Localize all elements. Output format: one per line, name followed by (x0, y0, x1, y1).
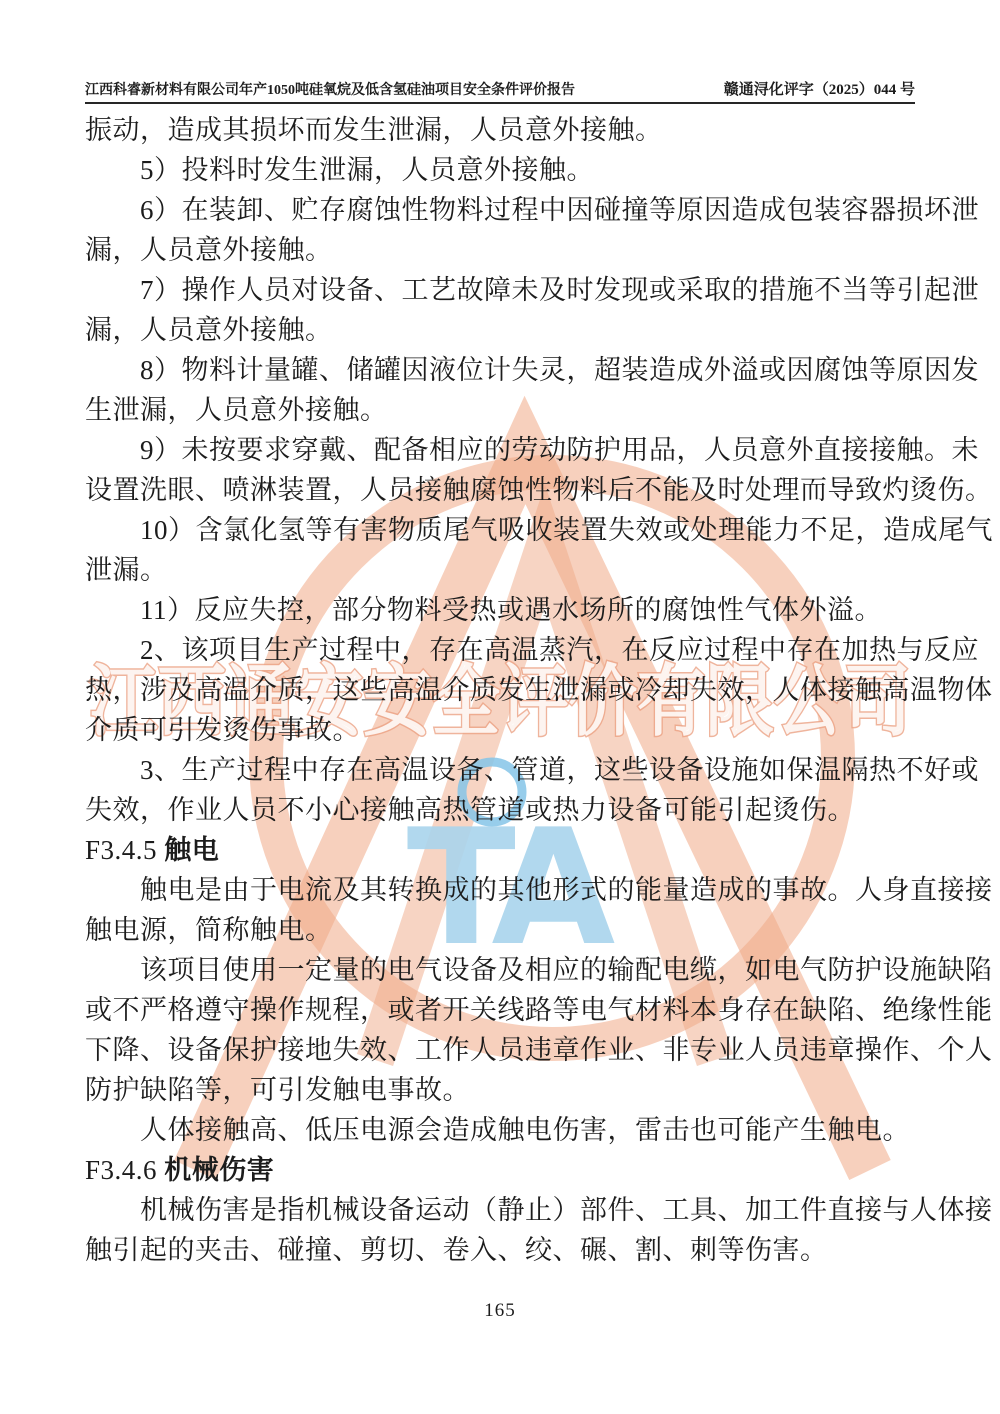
body-line: 2、该项目生产过程中，存在高温蒸汽，在反应过程中存在加热与反应 (85, 630, 921, 670)
body-line: 触引起的夹击、碰撞、剪切、卷入、绞、碾、割、刺等伤害。 (85, 1230, 921, 1270)
body-line: 6）在装卸、贮存腐蚀性物料过程中因碰撞等原因造成包装容器损坏泄 (85, 190, 921, 230)
page-number: 165 (484, 1300, 516, 1321)
body-line: 下降、设备保护接地失效、工作人员违章作业、非专业人员违章操作、个人 (85, 1030, 921, 1070)
body-line: 生泄漏，人员意外接触。 (85, 390, 921, 430)
document-page: TA 江西通安安全评价有限公司 江西科睿新材料有限公司年产1050吨硅氧烷及低含… (0, 0, 1000, 1414)
body-line: 11）反应失控，部分物料受热或遇水场所的腐蚀性气体外溢。 (85, 590, 921, 630)
body-line: 该项目使用一定量的电气设备及相应的输配电缆，如电气防护设施缺陷 (85, 950, 921, 990)
header-document-number: 赣通浔化评字（2025）044 号 (724, 78, 915, 99)
page-footer: 165 (0, 1300, 1000, 1322)
page-content: 江西科睿新材料有限公司年产1050吨硅氧烷及低含氢硅油项目安全条件评价报告 赣通… (0, 0, 1000, 1414)
section-number: F3.4.5 (85, 835, 157, 865)
page-header: 江西科睿新材料有限公司年产1050吨硅氧烷及低含氢硅油项目安全条件评价报告 赣通… (85, 78, 915, 104)
body-line: 10）含氯化氢等有害物质尾气吸收装置失效或处理能力不足，造成尾气 (85, 510, 921, 550)
section-title: 触电 (164, 835, 219, 865)
body-line: 热，涉及高温介质，这些高温介质发生泄漏或冷却失效，人体接触高温物体 (85, 670, 921, 710)
body-line: 触电源，简称触电。 (85, 910, 921, 950)
body-line: 9）未按要求穿戴、配备相应的劳动防护用品，人员意外直接接触。未 (85, 430, 921, 470)
body-line: 介质可引发烫伤事故。 (85, 710, 921, 750)
body-line: 防护缺陷等，可引发触电事故。 (85, 1070, 921, 1110)
body-line: 触电是由于电流及其转换成的其他形式的能量造成的事故。人身直接接 (85, 870, 921, 910)
body-line: 漏，人员意外接触。 (85, 230, 921, 270)
body-line: 8）物料计量罐、储罐因液位计失灵，超装造成外溢或因腐蚀等原因发 (85, 350, 921, 390)
body-line: 漏，人员意外接触。 (85, 310, 921, 350)
body-line: 或不严格遵守操作规程，或者开关线路等电气材料本身存在缺陷、绝缘性能 (85, 990, 921, 1030)
body-line: 失效，作业人员不小心接触高热管道或热力设备可能引起烫伤。 (85, 790, 921, 830)
section-number: F3.4.6 (85, 1155, 157, 1185)
body-line: 7）操作人员对设备、工艺故障未及时发现或采取的措施不当等引起泄 (85, 270, 921, 310)
body-line: 人体接触高、低压电源会造成触电伤害，雷击也可能产生触电。 (85, 1110, 921, 1150)
section-title: 机械伤害 (164, 1155, 274, 1185)
header-report-title: 江西科睿新材料有限公司年产1050吨硅氧烷及低含氢硅油项目安全条件评价报告 (85, 79, 575, 99)
section-heading: F3.4.6 机械伤害 (85, 1150, 921, 1190)
body-line: 设置洗眼、喷淋装置，人员接触腐蚀性物料后不能及时处理而导致灼烫伤。 (85, 470, 921, 510)
body-line: 机械伤害是指机械设备运动（静止）部件、工具、加工件直接与人体接 (85, 1190, 921, 1230)
body-line: 3、生产过程中存在高温设备、管道，这些设备设施如保温隔热不好或 (85, 750, 921, 790)
body-line: 5）投料时发生泄漏，人员意外接触。 (85, 150, 921, 190)
body-line: 振动，造成其损坏而发生泄漏，人员意外接触。 (85, 110, 921, 150)
body-text: 振动，造成其损坏而发生泄漏，人员意外接触。5）投料时发生泄漏，人员意外接触。6）… (85, 110, 921, 1270)
body-line: 泄漏。 (85, 550, 921, 590)
section-heading: F3.4.5 触电 (85, 830, 921, 870)
